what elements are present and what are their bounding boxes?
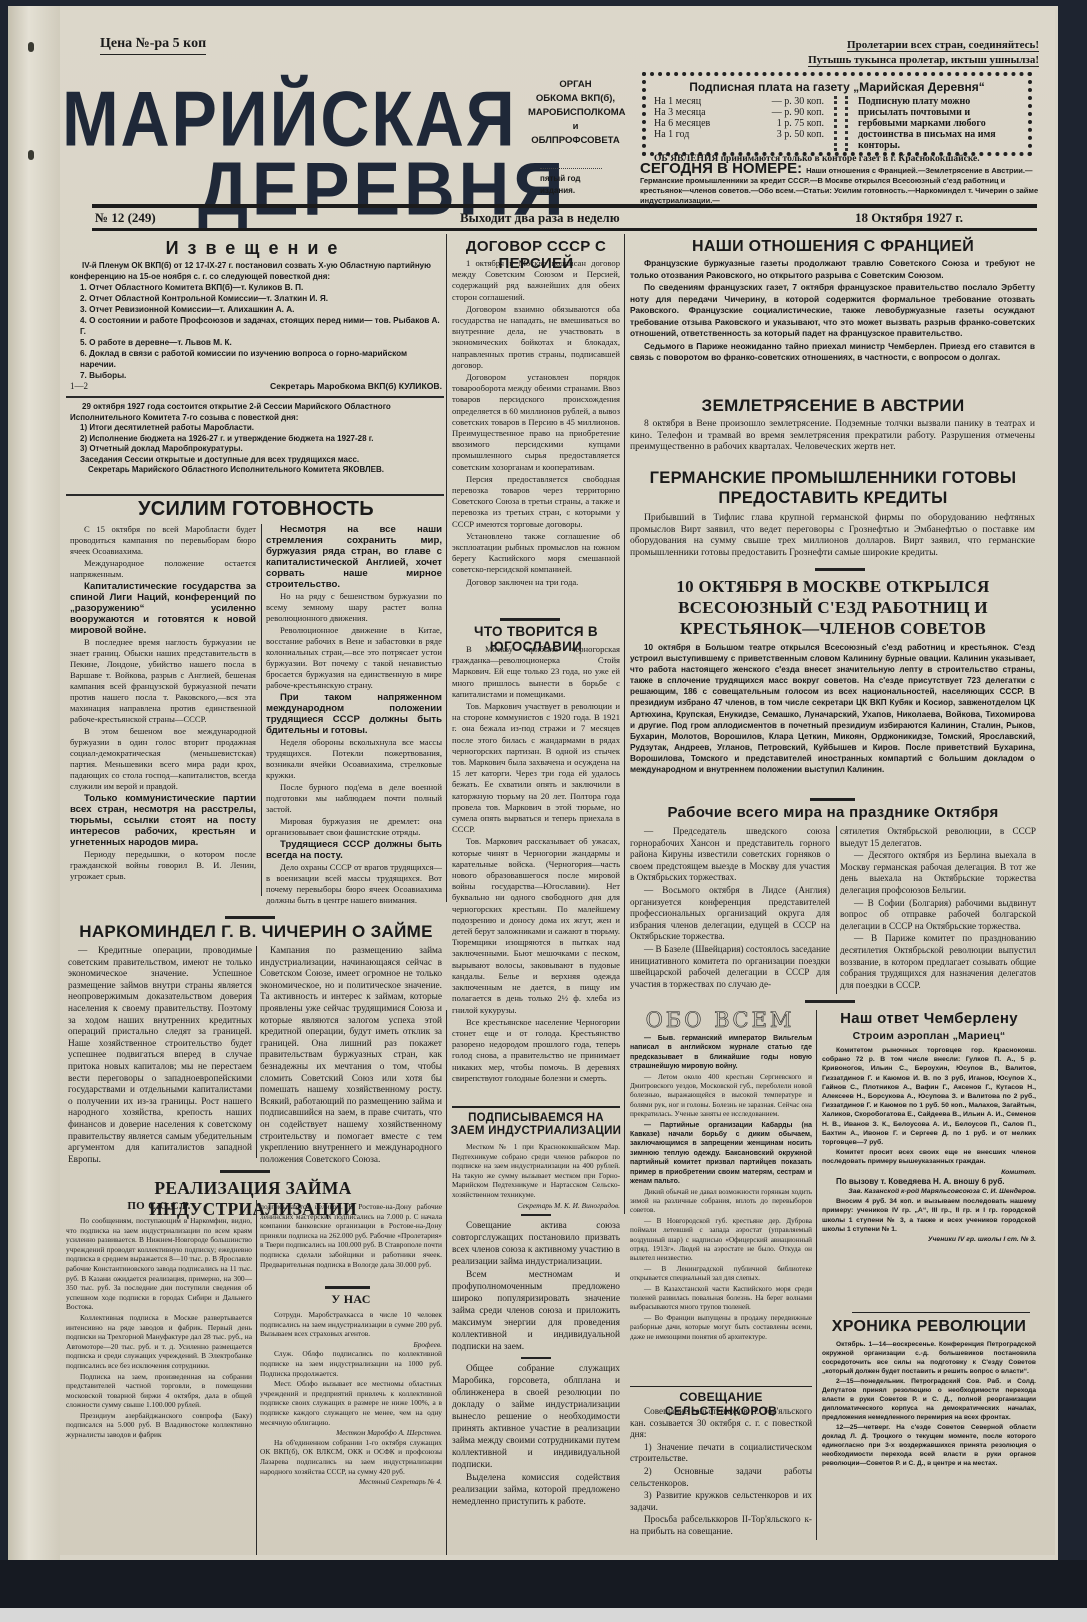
paragraph: Седьмого в Париже неожиданно тайно приех… [630, 341, 1035, 364]
slogan-russian: Пролетарии всех стран, соединяйтесь! [847, 39, 1039, 52]
paragraph: Договором установлен порядок товарооборо… [452, 372, 620, 473]
column-divider [261, 524, 262, 896]
paragraph: Установлено также соглашение об эксплоат… [452, 531, 620, 576]
paragraph: Но на ряду с бешенством буржуазии по все… [266, 591, 442, 624]
paragraph: — Быв. германский император Вильгельм на… [630, 1034, 812, 1072]
paragraph: Капиталистические государства за спиной … [70, 581, 256, 636]
chicherin-col1: — Кредитные операции, проводимые советск… [68, 946, 252, 1166]
paragraph: Все крестьянское население Черногории ст… [452, 1017, 620, 1084]
paragraph: — Восьмого октября в Лидсе (Англия) орга… [630, 885, 830, 943]
signature: Брофеев. [260, 1340, 442, 1350]
agenda-item: 1) Значение печати в социалистическом ст… [630, 1442, 812, 1465]
paragraph: Просьба рабсельккоров II-Тор'яльского к-… [630, 1514, 812, 1537]
paragraph: С 15 октября по всей Маробласти будет пр… [70, 524, 256, 557]
signature: Ученики IV гр. школы I ст. № 3. [822, 1235, 1036, 1244]
paragraph: Комитетом рыночных торговцев гор. Красно… [822, 1046, 1036, 1147]
austria-body: 8 октября в Вене произошло землетрясение… [630, 418, 1035, 453]
france-title: НАШИ ОТНОШЕНИЯ С ФРАНЦИЕЙ [628, 238, 1038, 256]
section-rule [805, 1000, 855, 1003]
paragraph: — В Софии (Болгария) рабочими выдвинут в… [840, 898, 1036, 933]
session-item: 1) Итоги десятилетней работы Маробласти. [70, 423, 442, 434]
rate-row: На 3 месяца— р. 90 коп. [654, 107, 824, 118]
session-item: 3) Отчетный доклад Маробпрокуратуры. [70, 444, 442, 455]
section-rule [325, 1286, 370, 1289]
paragraph: Только коммунистические партии всех стра… [70, 793, 256, 848]
agenda-item: 2) Основные задачи работы сельстенкоров. [630, 1466, 812, 1489]
germany-title: ГЕРМАНСКИЕ ПРОМЫШЛЕННИКИ ГОТОВЫ ПРЕДОСТА… [628, 468, 1038, 508]
paragraph: — В Новгородской губ. крестьяне дер. Дуб… [630, 1217, 812, 1264]
notice-article: Извещение IV-й Пленум ОК ВКП(б) от 12 17… [70, 238, 442, 391]
workers-col2: сятилетия Октябрьской революции, в СССР … [840, 826, 1036, 992]
loan-col2: подписываются целиком. В Ростове-на-Дону… [260, 1202, 442, 1269]
paragraph: Договором взаимно обязываются оба госуда… [452, 304, 620, 371]
binding-hole [28, 42, 34, 52]
selkor-body: Совещание сельстенкоров II. Тор'яльского… [630, 1406, 812, 1539]
organ-line: ОРГАН [528, 78, 623, 92]
paragraph: 1 октября в Москве подписан договор межд… [452, 258, 620, 303]
photo-bottom-edge [0, 1608, 1087, 1622]
persia-body: 1 октября в Москве подписан договор межд… [452, 258, 620, 589]
slogan: Пролетарии всех стран, соединяйтесь! Пут… [808, 38, 1039, 68]
chronicle-body: Октябрь. 1—14—воскресенье. Конференция П… [822, 1340, 1036, 1469]
session-note: Заседания Сессии открытые и доступные дл… [70, 455, 442, 466]
paragraph: После бурного под'ема в деле военной под… [266, 782, 442, 815]
paragraph: Персия предоставляется свободная перевоз… [452, 474, 620, 530]
paragraph: — В Париже комитет по празднованию десят… [840, 933, 1036, 991]
dateline-rule [92, 228, 1037, 231]
paragraph: — В Ленинградской публичной библиотеке о… [630, 1265, 812, 1284]
notice-mark: 1—2 [70, 381, 88, 391]
section-rule [66, 494, 444, 496]
agenda-item: 2. Отчет Областной Контрольной Комиссии—… [80, 293, 442, 304]
subscribe-title: ПОДПИСЫВАЕМСЯ НА ЗАЕМ ИНДУСТРИАЛИЗАЦИИ [450, 1112, 622, 1138]
session-signature: Секретарь Марийского Областного Исполнит… [70, 465, 442, 476]
paragraph: В последнее время наглость буржуазии не … [70, 637, 256, 725]
section-rule [452, 1106, 620, 1108]
organ-line: и ОБЛПРОФСОВЕТА [528, 120, 623, 148]
today-label: СЕГОДНЯ В НОМЕРЕ: [640, 160, 802, 177]
column-divider [816, 1360, 817, 1540]
paragraph: Тов. Маркович рассказывает об ужасах, ко… [452, 836, 620, 1015]
agenda-item: 4. О состоянии и работе Профсоюзов и зад… [80, 315, 442, 337]
paragraph: 12—25—четверг. На с'езде Советов Северно… [822, 1423, 1036, 1468]
paragraph: сятилетия Октябрьской революции, в СССР … [840, 826, 1036, 849]
germany-body: Прибывший в Тифлис глава крупной германс… [630, 512, 1035, 558]
chicherin-title: НАРКОМИНДЕЛ Г. В. ЧИЧЕРИН О ЗАЙМЕ [70, 922, 442, 942]
binding-hole [28, 150, 34, 160]
agenda-item: 3. Отчет Ревизионной Комиссии—т. Алихашк… [80, 304, 442, 315]
paragraph: Неделя обороны всколыхнула все массы тру… [266, 737, 442, 781]
unas-title: У НАС [260, 1292, 442, 1307]
agenda-item: 5. О работе в деревне—т. Львов М. К. [80, 337, 442, 348]
loan-col1: По сообщениям, поступающим в Наркомфин, … [66, 1216, 252, 1441]
chronicle-title: ХРОНИКА РЕВОЛЮЦИИ [820, 1318, 1038, 1336]
workers-title: Рабочие всего мира на празднике Октября [628, 804, 1038, 821]
column-divider [256, 946, 257, 1158]
paragraph: Служ. Облфо подписались по коллективной … [260, 1349, 442, 1378]
rate-row: На 1 месяц— р. 30 коп. [654, 96, 824, 107]
paragraph: Международное положение остается напряже… [70, 558, 256, 580]
paragraph: По вызову т. Коведяева Н. А. вношу 6 руб… [822, 1177, 1036, 1186]
publication-frequency: Выходит два раза в неделю [460, 210, 620, 226]
signature: Местный Секретарь № 4. [260, 1477, 442, 1487]
binding-edge [8, 6, 60, 1566]
paragraph: — Летом около 400 крестьян Сергиевского … [630, 1073, 812, 1120]
paragraph: В этом бешеном вое международной буржуаз… [70, 726, 256, 792]
session-intro: 29 октября 1927 года состоится открытие … [70, 402, 442, 423]
subscription-rates: На 1 месяц— р. 30 коп. На 3 месяца— р. 9… [654, 96, 824, 151]
paragraph: — В Казахстанской части Каспийского моря… [630, 1285, 812, 1313]
section-rule [630, 1386, 812, 1387]
paragraph: Дикий обычай не давал возможности горянк… [630, 1188, 812, 1216]
organ-line: МАРОБИСПОЛКОМА [528, 106, 623, 120]
paragraph: Совещание сельстенкоров II. Тор'яльского… [630, 1406, 812, 1441]
yugoslavia-body: В Москву прибыла черногорская гражданка—… [452, 644, 620, 1085]
paragraph: Выделена комиссия содействия реализации … [452, 1472, 620, 1508]
chamberlain-title: Наш ответ Чемберлену [820, 1010, 1038, 1027]
paragraph: Подписка на заем, произведенная на собра… [66, 1372, 252, 1410]
congress-body: 10 октября в Большом театре открылся Все… [630, 642, 1035, 775]
paragraph: По сообщениям, поступающим в Наркомфин, … [66, 1216, 252, 1312]
unas-body: Сотрудн. Маробстрахкасса в числе 10 чело… [260, 1310, 442, 1487]
misc-body: — Быв. германский император Вильгельм на… [630, 1034, 812, 1343]
slogan-mari: Путышь тукынса пролетар, иктыш ушнылза! [808, 54, 1039, 67]
year-line: издания. [540, 185, 610, 197]
readiness-col2: Несмотря на все наши стремления сохранит… [266, 524, 442, 907]
paragraph: Октябрь. 1—14—воскресенье. Конференция П… [822, 1340, 1036, 1376]
paragraph: Комитет просит всех своих еще не внесших… [822, 1148, 1036, 1166]
ornament-divider [834, 96, 848, 151]
paragraph: Всем местномам и профуполномоченным пред… [452, 1269, 620, 1353]
loan-subtitle: ПО С.С.С.Р. [66, 1200, 252, 1212]
paragraph: Тов. Маркович участвует в революции и на… [452, 701, 620, 835]
readiness-col1: С 15 октября по всей Маробласти будет пр… [70, 524, 256, 883]
paragraph: На об'единенном собрании 1-го октября сл… [260, 1438, 442, 1476]
paragraph: Мировая буржуазия не дремлет: она органи… [266, 816, 442, 838]
chamberlain-body: Комитетом рыночных торговцев гор. Красно… [822, 1046, 1036, 1244]
session-notice: 29 октября 1927 года состоится открытие … [70, 402, 442, 476]
issue-number: № 12 (249) [95, 210, 156, 226]
section-rule [220, 1170, 270, 1173]
paragraph: Несмотря на все наши стремления сохранит… [266, 524, 442, 590]
paragraph: Периоду передышки, о котором после гражд… [70, 849, 256, 882]
chicherin-col2: Кампания по размещению займа индустриали… [260, 946, 442, 1166]
rate-row: На 1 год3 р. 50 коп. [654, 129, 824, 140]
masthead-rule [92, 204, 1037, 208]
today-in-issue: СЕГОДНЯ В НОМЕРЕ:Наши отношения с Франци… [640, 164, 1040, 206]
paragraph: — Председатель шведского союза горнорабо… [630, 826, 830, 884]
paragraph: Общее собрание служащих Маробика, горсов… [452, 1363, 620, 1471]
paragraph: Президиум азербайджанского совпрофа (Бак… [66, 1411, 252, 1440]
paragraph: Местком № 1 при Краснококшайском Мар. Пе… [452, 1142, 620, 1200]
notice-intro: IV-й Пленум ОК ВКП(б) от 12 17-IX-27 г. … [70, 261, 442, 282]
section-rule [815, 568, 865, 571]
agenda-item: 7. Выборы. [80, 370, 442, 381]
signature: Секретарь М. К. И. Виноградов. [452, 1201, 620, 1211]
notice-title: Извещение [70, 238, 442, 259]
organ-line: ОБКОМА ВКП(б), [528, 92, 623, 106]
congress-title: 10 ОКТЯБРЯ В МОСКВЕ ОТКРЫЛСЯ ВСЕСОЮЗНЫЙ … [628, 576, 1038, 639]
price-label: Цена №-ра 5 коп [100, 36, 206, 55]
session-item: 2) Исполнение бюджета на 1926-27 г. и ут… [70, 434, 442, 445]
paragraph: В Москву прибыла черногорская гражданка—… [452, 644, 620, 700]
subscription-note: Подписную плату можно присылать почтовым… [858, 96, 1018, 151]
workers-col1: — Председатель шведского союза горнорабо… [630, 826, 830, 991]
paragraph: — Партийные организации Кабарды (на Кавк… [630, 1121, 812, 1187]
paragraph: Вносим 4 руб. 34 коп. и вызываем последо… [822, 1197, 1036, 1234]
paragraph: Мест. Облфо вызывает все местномы област… [260, 1379, 442, 1427]
paragraph: Зав. Казанской к-рой Маряльсовсоюза С. И… [822, 1187, 1036, 1196]
section-rule [521, 1214, 551, 1216]
section-rule [66, 396, 444, 398]
section-rule [810, 798, 855, 801]
section-rule [852, 1312, 1030, 1313]
notice-signature: Секретарь Маробкома ВКП(б) КУЛИКОВ. [270, 381, 442, 391]
subscription-title: Подписная плата на газету „Марийская Дер… [654, 80, 1020, 94]
paragraph: При таком напряженном международном поло… [266, 692, 442, 736]
paragraph: Коллективная подписка в Москве развертыв… [66, 1313, 252, 1371]
column-divider [836, 826, 837, 994]
column-divider [446, 234, 447, 902]
issue-date: 18 Октября 1927 г. [855, 210, 963, 226]
column-divider [446, 1010, 447, 1555]
paragraph: — Десятого октября из Берлина выехала в … [840, 850, 1036, 896]
agenda-item: 3) Развитие кружков сельстенкоров и их з… [630, 1490, 812, 1513]
publisher-organ: ОРГАН ОБКОМА ВКП(б), МАРОБИСПОЛКОМА и ОБ… [528, 78, 623, 148]
signature: Комитет. [822, 1168, 1036, 1177]
misc-title: ОБО ВСЕМ [630, 1008, 810, 1032]
column-divider [816, 1010, 817, 1360]
rate-row: На 6 месяцев1 р. 75 коп. [654, 118, 824, 129]
paragraph: Дело охраны СССР от врагов трудящихся—в … [266, 862, 442, 906]
signature: Местком Маробфо А. Шерстнев. [260, 1428, 442, 1438]
readiness-title: УСИЛИМ ГОТОВНОСТЬ [70, 498, 442, 521]
paragraph: Сотрудн. Маробстрахкасса в числе 10 чело… [260, 1310, 442, 1339]
paragraph: Договор заключен на три года. [452, 577, 620, 588]
paragraph: Революционное движение в Китае, восстани… [266, 625, 442, 691]
paragraph: — В Базеле (Швейцария) состоялось заседа… [630, 944, 830, 990]
section-rule [225, 916, 275, 919]
paragraph: — Во Франции выпущены в продажу передвиж… [630, 1314, 812, 1342]
section-rule [500, 618, 560, 621]
paragraph: Совещание актива союза совторгслужащих п… [452, 1220, 620, 1268]
chamberlain-subtitle: Строим аэроплан „Мариец“ [820, 1030, 1038, 1042]
france-body: Французские буржуазные газеты продолжают… [630, 258, 1035, 365]
agenda-item: 6. Доклад в связи с работой комиссии по … [80, 348, 442, 370]
subscribe-body: Местком № 1 при Краснококшайском Мар. Пе… [452, 1142, 620, 1509]
paragraph: Трудящиеся СССР должны быть всегда на по… [266, 839, 442, 861]
publication-year: пятый год издания. [540, 168, 610, 197]
agenda-item: 1. Отчет Областного Комитета ВКП(б)—т. К… [80, 282, 442, 293]
subscription-box: Подписная плата на газету „Марийская Дер… [642, 72, 1032, 156]
paragraph: 2—15—понедельник. Петроградский Сов. Раб… [822, 1377, 1036, 1422]
notice-agenda: 1. Отчет Областного Комитета ВКП(б)—т. К… [70, 282, 442, 381]
paragraph: По сведениям французских газет, 7 октябр… [630, 282, 1035, 340]
year-line: пятый год [540, 173, 610, 185]
column-divider [256, 1200, 257, 1555]
paragraph: Французские буржуазные газеты продолжают… [630, 258, 1035, 281]
column-divider [624, 234, 625, 1214]
notice-footer: 1—2 Секретарь Маробкома ВКП(б) КУЛИКОВ. [70, 381, 442, 391]
austria-title: ЗЕМЛЕТРЯСЕНИЕ В АВСТРИИ [628, 396, 1038, 416]
section-rule [521, 1357, 551, 1359]
